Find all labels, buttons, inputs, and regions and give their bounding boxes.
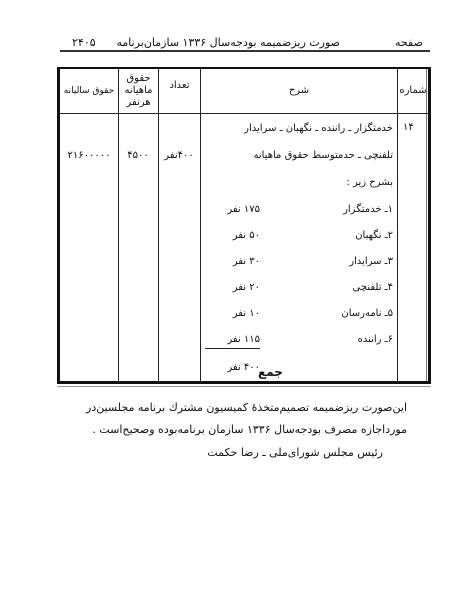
breakdown-label: ۲ـ نگهبان: [290, 230, 393, 241]
col-divider: [158, 69, 159, 381]
total-label: جمع: [258, 365, 283, 379]
th-annual-salary: حقوق سالیانه: [60, 85, 118, 97]
breakdown-label: ۳ـ سرایدار: [290, 256, 393, 267]
footer-line-2: مورداجازه مصرف بودجه‌سال ۱۳۳۶ سازمان برن…: [55, 423, 407, 436]
th-number: شماره: [398, 85, 428, 97]
breakdown-count: ۱۰ نفر: [205, 308, 260, 319]
desc-line-3: بشرح زیر :: [205, 177, 393, 188]
page-title: صورت ریزضمیمه بودجه‌سال ۱۳۳۶ سازمان‌برنا…: [150, 36, 340, 49]
signature-line: رئیس مجلس شورای‌ملی ـ رضا حکمت: [55, 446, 383, 459]
page-label: صفحه: [395, 36, 423, 49]
total-count: ۴۰۰ نفر: [205, 362, 260, 373]
breakdown-count: ۵۰ نفر: [205, 230, 260, 241]
th-monthly-salary-1: حقوق: [119, 73, 158, 85]
breakdown-label: ۶ـ راننده: [290, 334, 393, 345]
breakdown-count: ۱۷۵ نفر: [205, 204, 260, 215]
col-divider: [118, 69, 119, 381]
table-bottom-rule: [57, 381, 431, 384]
page-number: ۲۴۰۵: [72, 36, 96, 49]
th-monthly-salary-2: ماهیانه: [119, 85, 158, 97]
breakdown-count: ۱۱۵ نفر: [205, 334, 260, 345]
breakdown-count: ۲۰ نفر: [205, 282, 260, 293]
header-row-rule: [60, 113, 428, 114]
breakdown-count: ۳۰ نفر: [205, 256, 260, 267]
col-divider-inner: [426, 69, 427, 381]
row-count: ۴۰۰نفر: [160, 150, 198, 161]
row-annual-salary: ۲۱۶۰۰۰۰۰: [61, 150, 117, 161]
desc-line-2: تلفنچی ـ حدمتوسط حقوق ماهیانه: [205, 150, 393, 161]
th-monthly-salary-3: هرنفر: [119, 97, 158, 109]
breakdown-label: ۱ـ خدمتگزار: [290, 204, 393, 215]
footer-line-1: این‌صورت ریزضمیمه تصمیم‌متخذهٔ کمیسیون م…: [55, 401, 407, 414]
th-count: تعداد: [159, 80, 200, 92]
row-number: ۱۴: [403, 122, 414, 133]
breakdown-label: ۵ـ نامه‌رسان: [290, 308, 393, 319]
header-rule: [60, 50, 430, 52]
table-bottom-rule-thin: [57, 386, 431, 387]
desc-line-1: خدمتگزار ـ راننده ـ نگهبان ـ سرایدار: [205, 123, 393, 134]
col-divider: [397, 69, 398, 381]
sum-underline: [205, 348, 260, 349]
th-description: شرح: [201, 85, 397, 97]
row-monthly-salary: ۴۵۰۰: [120, 150, 156, 161]
breakdown-label: ۴ـ تلفنچی: [290, 282, 393, 293]
col-divider: [200, 69, 201, 381]
